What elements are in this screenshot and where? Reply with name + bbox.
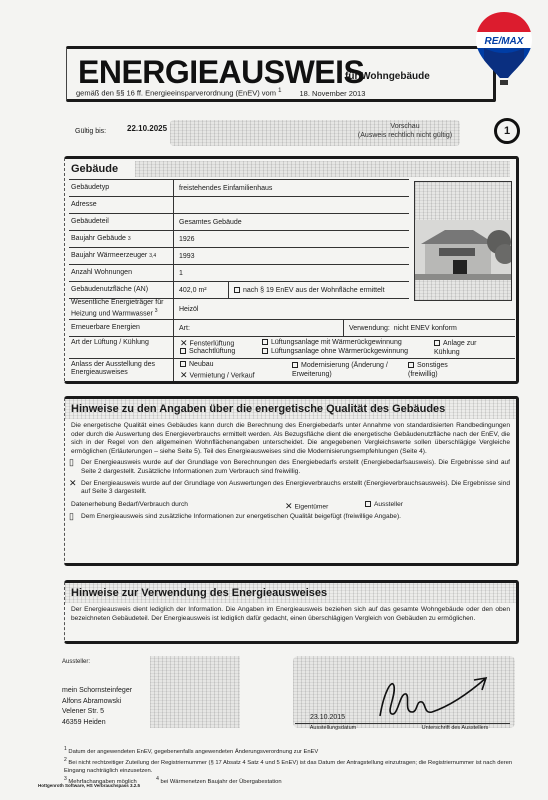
row-label: Baujahr Wärmeerzeuger 3,4 bbox=[69, 248, 174, 264]
building-section-title: Gebäude bbox=[65, 159, 516, 179]
table-row-area: Gebäudenutzfläche (AN) 402,0 m² nach § 1… bbox=[69, 281, 409, 298]
quality-notes-intro: Die energetische Qualität eines Gebäudes… bbox=[65, 422, 516, 456]
regulation-subline: gemäß den §§ 16 ff. Energieeinsparverord… bbox=[76, 88, 365, 98]
issuer-label: Aussteller: bbox=[62, 659, 90, 665]
option-vermietung-verkauf[interactable]: ✕Vermietung / Verkauf bbox=[180, 370, 255, 381]
option-modernisierung[interactable]: Modernisierung (Änderung / Erweiterung) bbox=[292, 361, 392, 379]
stamp-area bbox=[150, 656, 240, 728]
row-label: Wesentliche Energieträger für Heizung un… bbox=[69, 299, 174, 319]
checkbox-empty-icon: ▯ bbox=[69, 512, 74, 521]
table-row-energy-carrier: Wesentliche Energieträger für Heizung un… bbox=[69, 298, 409, 319]
usage-notes-section: Hinweise zur Verwendung des Energieauswe… bbox=[64, 580, 519, 644]
checkbox-checked-icon: ✕ bbox=[69, 479, 77, 488]
issuer-address: mein Schornsteinfeger Alfons Abramowski … bbox=[62, 686, 132, 728]
preview-note: (Ausweis rechtlich nicht gültig) bbox=[350, 131, 460, 140]
quality-notes-section: Hinweise zu den Angaben über die energet… bbox=[64, 396, 519, 566]
renewables-use: Verwendung: nicht ENEV konform bbox=[344, 320, 457, 336]
reason-options: Neubau ✕Vermietung / Verkauf Modernisier… bbox=[174, 359, 515, 381]
row-value: Heizöl bbox=[174, 299, 198, 319]
building-photo-frame bbox=[414, 181, 512, 301]
row-label: Gebäudetyp bbox=[69, 180, 174, 196]
remax-logo-text: RE/MAX bbox=[485, 36, 525, 47]
option-lueftung-mit-wrg[interactable]: Lüftungsanlage mit Wärmerückgewinnung bbox=[262, 339, 402, 346]
table-row-renewables: Erneuerbare Energien Art: Verwendung: ni… bbox=[69, 319, 515, 336]
page-number-badge: 1 bbox=[494, 118, 520, 144]
row-value: freistehendes Einfamilienhaus bbox=[174, 180, 272, 196]
issuer-line: 46359 Heiden bbox=[62, 718, 132, 729]
checkbox-empty-icon: ▯ bbox=[69, 458, 74, 467]
valid-until-label: Gültig bis: bbox=[75, 128, 106, 135]
area-option: nach § 19 EnEV aus der Wohnfläche ermitt… bbox=[229, 282, 385, 298]
preview-watermark: Vorschau (Ausweis rechtlich nicht gültig… bbox=[350, 122, 460, 140]
footnote-1: 1 Datum der angewendeten EnEV, gegebenen… bbox=[64, 745, 534, 756]
option-consumption-certificate[interactable]: ✕ Der Energieausweis wurde auf der Grund… bbox=[65, 480, 516, 497]
usage-notes-text: Der Energieausweis dient lediglich der I… bbox=[65, 606, 516, 623]
row-value bbox=[174, 197, 179, 213]
valid-until-date: 22.10.2025 bbox=[127, 124, 167, 133]
row-label: Baujahr Gebäude 3 bbox=[69, 231, 174, 247]
option-owner[interactable]: ✕Eigentümer bbox=[285, 501, 328, 512]
issue-date-label: Ausstellungsdatum bbox=[298, 725, 368, 731]
option-neubau[interactable]: Neubau bbox=[180, 361, 214, 368]
table-row-reason: Anlass der Ausstellung des Energieauswei… bbox=[69, 358, 515, 381]
building-section: Gebäude Gebäudetyp freistehendes Einfami… bbox=[64, 156, 519, 384]
signature-label: Unterschrift des Ausstellers bbox=[400, 725, 510, 731]
usage-notes-title: Hinweise zur Verwendung des Energieauswe… bbox=[65, 583, 516, 603]
row-label: Gebäudenutzfläche (AN) bbox=[69, 282, 174, 298]
building-photo bbox=[415, 220, 511, 280]
quality-notes-title: Hinweise zu den Angaben über die energet… bbox=[65, 399, 516, 419]
option-additional-info[interactable]: ▯ Dem Energieausweis sind zusätzliche In… bbox=[65, 513, 516, 522]
remax-balloon-logo: RE/MAX bbox=[474, 10, 534, 94]
table-row: Gebäudeteil Gesamtes Gebäude bbox=[69, 213, 409, 230]
option-schachtlueftung[interactable]: Schachtlüftung bbox=[180, 348, 235, 355]
preview-title: Vorschau bbox=[350, 122, 460, 131]
checkbox-icon bbox=[234, 287, 240, 293]
footnote-2: 2 Bei nicht rechtzeitiger Zuteilung der … bbox=[64, 756, 534, 775]
table-row: Baujahr Gebäude 3 1926 bbox=[69, 230, 409, 247]
table-row: Adresse bbox=[69, 196, 409, 213]
row-value: 1 bbox=[174, 265, 183, 281]
option-demand-certificate[interactable]: ▯ Der Energieausweis wurde auf der Grund… bbox=[65, 459, 516, 476]
row-value: 1993 bbox=[174, 248, 195, 264]
table-row: Gebäudetyp freistehendes Einfamilienhaus bbox=[69, 179, 409, 196]
document-title-suffix: für Wohngebäude bbox=[345, 71, 430, 82]
data-collection-row: Datenerhebung Bedarf/Verbrauch durch ✕Ei… bbox=[65, 497, 516, 509]
issuer-line: Alfons Abramowski bbox=[62, 697, 132, 708]
row-value: 1926 bbox=[174, 231, 195, 247]
signature-line bbox=[295, 723, 510, 724]
document-title: ENERGIEAUSWEIS bbox=[78, 54, 364, 91]
row-value: 402,0 m² bbox=[174, 282, 229, 298]
signature-scribble bbox=[370, 672, 490, 720]
table-row-ventilation: Art der Lüftung / Kühlung ✕Fensterlüftun… bbox=[69, 336, 515, 358]
regulation-text: gemäß den §§ 16 ff. Energieeinsparverord… bbox=[76, 89, 276, 98]
renewables-type: Art: bbox=[174, 320, 344, 336]
issuer-line: mein Schornsteinfeger bbox=[62, 686, 132, 697]
issue-date: 23.10.2015 bbox=[310, 714, 345, 721]
row-label: Gebäudeteil bbox=[69, 214, 174, 230]
table-row: Anzahl Wohnungen 1 bbox=[69, 264, 409, 281]
ventilation-options: ✕Fensterlüftung Schachtlüftung Lüftungsa… bbox=[174, 337, 515, 358]
option-lueftung-ohne-wrg[interactable]: Lüftungsanlage ohne Wärmerückgewinnung bbox=[262, 348, 408, 355]
footnotes: 1 Datum der angewendeten EnEV, gegebenen… bbox=[64, 745, 534, 786]
option-sonstiges[interactable]: Sonstiges (freiwillig) bbox=[408, 361, 478, 379]
row-value: Gesamtes Gebäude bbox=[174, 214, 242, 230]
option-issuer[interactable]: Aussteller bbox=[365, 501, 403, 508]
row-label: Adresse bbox=[69, 197, 174, 213]
enev-date: 18. November 2013 bbox=[300, 89, 366, 98]
regulation-footnote: 1 bbox=[278, 88, 281, 94]
option-kuehlung[interactable]: Anlage zur Kühlung bbox=[434, 339, 494, 357]
table-row: Baujahr Wärmeerzeuger 3,4 1993 bbox=[69, 247, 409, 264]
energy-certificate-page: ENERGIEAUSWEIS für Wohngebäude gemäß den… bbox=[0, 0, 548, 800]
row-label: Anlass der Ausstellung des Energieauswei… bbox=[69, 359, 174, 381]
row-label: Anzahl Wohnungen bbox=[69, 265, 174, 281]
issuer-line: Velener Str. 5 bbox=[62, 707, 132, 718]
software-credit: Hottgenroth Software, HS Verbrauchspass … bbox=[38, 783, 140, 788]
row-label: Erneuerbare Energien bbox=[69, 320, 174, 336]
row-label: Art der Lüftung / Kühlung bbox=[69, 337, 174, 358]
